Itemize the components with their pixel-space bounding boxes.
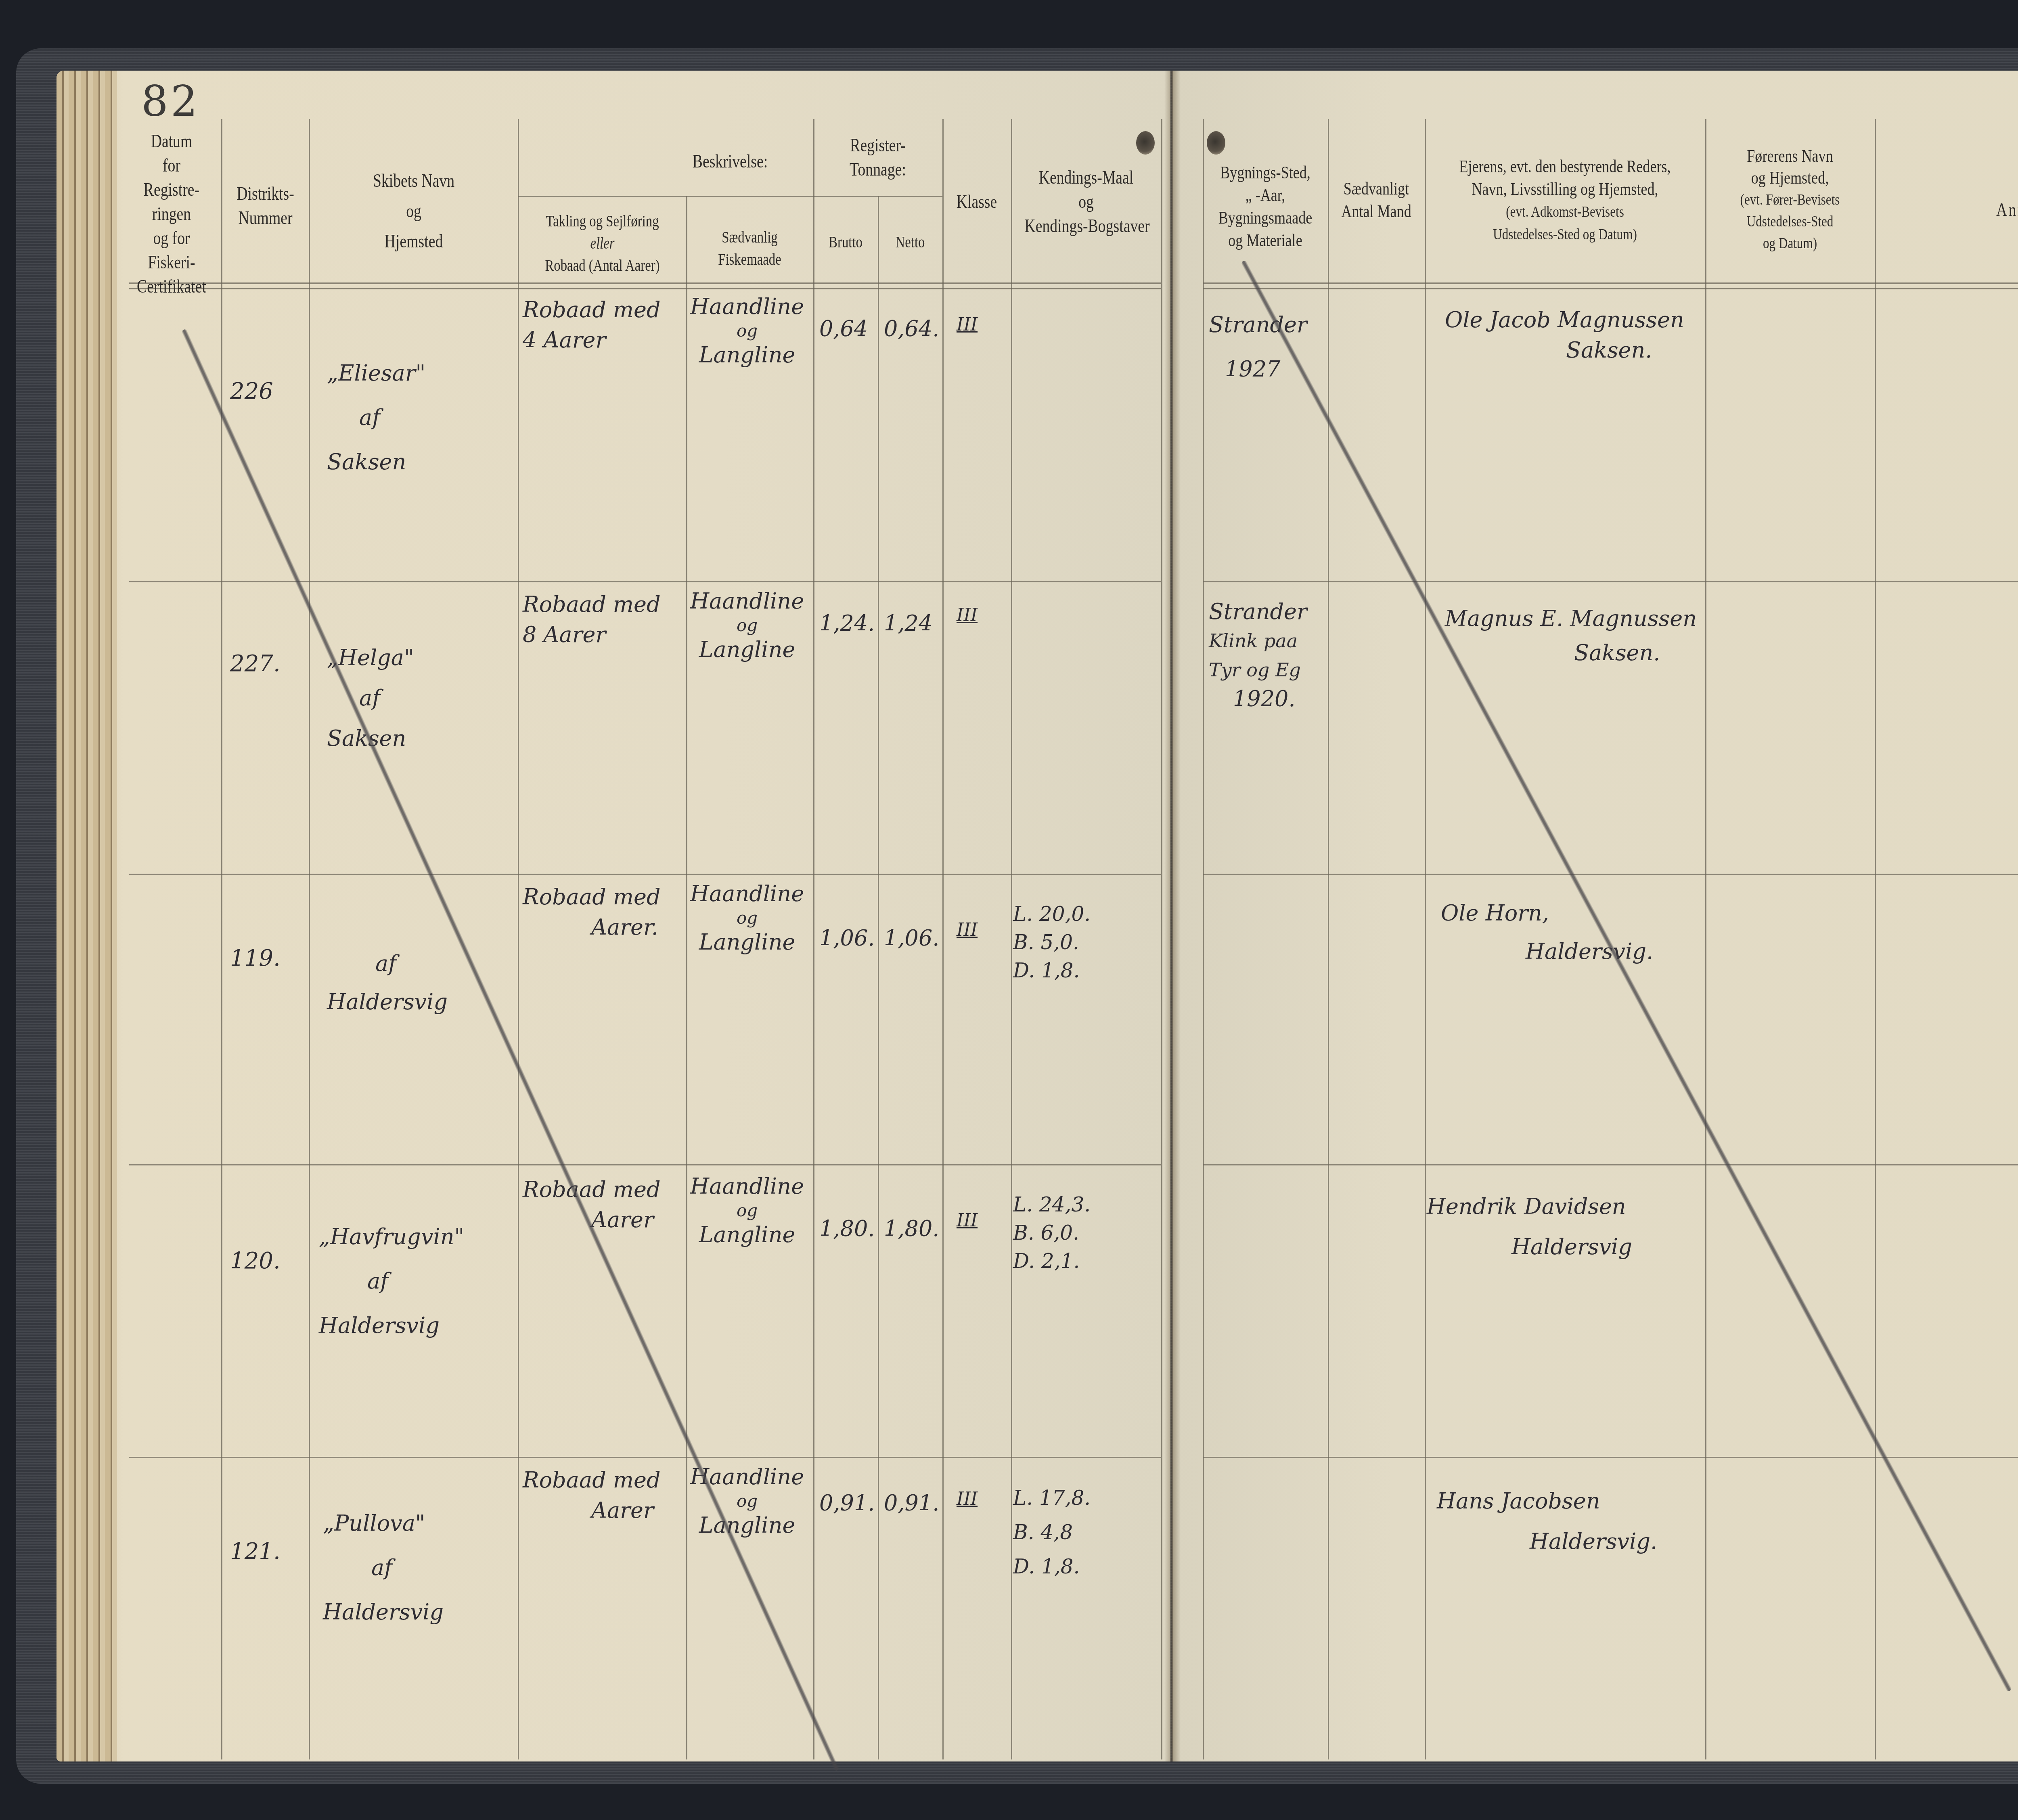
- book-gutter: [1164, 71, 1181, 1761]
- row5-kendings: L. 17,8. B. 4,8 D. 1,8.: [1013, 1481, 1091, 1584]
- page-number-left: 82: [141, 77, 200, 126]
- row5-takling: Robaad med Aarer: [523, 1465, 661, 1525]
- col-rule: [518, 119, 519, 1759]
- row1-ejer: Ole Jacob Magnussen Saksen.: [1445, 305, 1684, 365]
- col-rule: [942, 119, 944, 1759]
- row4-distrikt-nr: 120.: [230, 1247, 281, 1275]
- header-register-tonnage: Register- Tonnage:: [825, 133, 931, 182]
- row5-skib: „Pullova" af Haldersvig: [323, 1501, 444, 1634]
- row2-bygning: Strander Klink paa Tyr og Eg 1920.: [1209, 597, 1307, 713]
- header-takling: Takling og Sejlføring eller Robaad (Anta…: [534, 210, 671, 276]
- row3-brutto: 1,06.: [819, 924, 875, 952]
- row5-distrikt-nr: 121.: [230, 1538, 281, 1566]
- row2-klasse: III: [957, 601, 978, 630]
- header-bygnings: Bygnings-Sted, „ -Aar, Bygningsmaade og …: [1214, 161, 1317, 252]
- row3-netto: 1,06.: [884, 924, 939, 952]
- row3-klasse: III: [957, 916, 978, 944]
- row-rule: [129, 581, 1161, 582]
- row1-klasse: III: [957, 311, 978, 339]
- header-saedvanligt-antal-mand: Sædvanligt Antal Mand: [1337, 178, 1416, 223]
- header-double-rule: [129, 282, 1161, 289]
- row1-brutto: 0,64: [819, 315, 868, 343]
- row5-netto: 0,91.: [884, 1489, 939, 1517]
- row3-kendings: L. 20,0. B. 5,0. D. 1,8.: [1013, 900, 1091, 985]
- header-double-rule: [1203, 282, 2018, 289]
- col-rule: [878, 196, 879, 1759]
- row1-distrikt-nr: 226: [230, 377, 273, 406]
- row1-fiskemaade: Haandline og Langline: [690, 295, 804, 367]
- col-rule: [221, 119, 222, 1759]
- row3-skib: af Haldersvig: [327, 944, 448, 1021]
- header-datum: Datum for Registre- ringen og for Fisker…: [130, 129, 213, 299]
- row-rule: [1203, 874, 2018, 875]
- col-rule: [1328, 119, 1329, 1759]
- row5-fiskemaade: Haandline og Langline: [690, 1465, 804, 1538]
- row2-ejer: Magnus E. Magnussen Saksen.: [1445, 601, 1697, 670]
- header-ejerens: Ejerens, evt. den bestyrende Reders, Nav…: [1450, 155, 1680, 246]
- row4-ejer: Hendrik Davidsen Haldersvig: [1427, 1186, 1632, 1267]
- row4-kendings: L. 24,3. B. 6,0. D. 2,1.: [1013, 1190, 1091, 1275]
- row2-takling: Robaad med 8 Aarer: [523, 589, 661, 650]
- row-rule: [1203, 1164, 2018, 1165]
- row1-netto: 0,64.: [884, 315, 939, 343]
- row4-netto: 1,80.: [884, 1215, 939, 1243]
- header-saedvanlig-fiskemaade: Sædvanlig Fiskemaade: [697, 226, 802, 270]
- header-netto: Netto: [883, 230, 936, 254]
- col-rule: [1425, 119, 1426, 1759]
- header-skibets-navn: Skibets Navn og Hjemsted: [329, 165, 498, 256]
- row3-fiskemaade: Haandline og Langline: [690, 882, 804, 954]
- col-rule: [1875, 119, 1876, 1759]
- row4-brutto: 1,80.: [819, 1215, 875, 1243]
- row3-distrikt-nr: 119.: [230, 944, 281, 973]
- row4-skib: „Havfrugvin" af Haldersvig: [319, 1215, 464, 1348]
- row5-brutto: 0,91.: [819, 1489, 875, 1517]
- row-rule: [129, 874, 1161, 875]
- header-forerens: Førerens Navn og Hjemsted, (evt. Fører-B…: [1721, 145, 1859, 254]
- row-rule: [1203, 581, 2018, 582]
- row-rule: [129, 1457, 1161, 1458]
- header-anmaerkninger: Anmærkninger: [1906, 198, 2018, 222]
- binding-hole-left: [1136, 131, 1155, 155]
- col-rule: [813, 119, 814, 1759]
- header-distrikts-nummer: Distrikts- Nummer: [230, 182, 301, 230]
- header-klasse: Klasse: [948, 190, 1005, 214]
- binding-hole-right: [1207, 131, 1225, 155]
- col-rule: [1705, 119, 1706, 1759]
- row2-fiskemaade: Haandline og Langline: [690, 589, 804, 662]
- row2-brutto: 1,24.: [819, 609, 875, 638]
- col-rule: [1203, 119, 1204, 1759]
- row2-distrikt-nr: 227.: [230, 650, 281, 678]
- row-rule: [129, 1164, 1161, 1165]
- row1-skib: „Eliesar" af Saksen: [327, 351, 425, 484]
- col-rule: [309, 119, 310, 1759]
- row3-takling: Robaad med Aarer.: [523, 882, 661, 942]
- row-rule: [1203, 1457, 2018, 1458]
- header-brutto: Brutto: [819, 230, 872, 254]
- row3-ejer: Ole Horn, Haldersvig.: [1441, 894, 1653, 971]
- row2-netto: 1,24: [884, 609, 932, 638]
- header-kendings: Kendings-Maal og Kendings-Bogstaver: [1024, 165, 1147, 238]
- col-rule: [1011, 119, 1012, 1759]
- row5-klasse: III: [957, 1485, 978, 1513]
- col-rule: [686, 196, 687, 1759]
- row4-fiskemaade: Haandline og Langline: [690, 1174, 804, 1247]
- col-rule: [1161, 119, 1162, 1759]
- row5-ejer: Hans Jacobsen Haldersvig.: [1437, 1481, 1657, 1562]
- row1-takling: Robaad med 4 Aarer: [523, 295, 661, 355]
- subheader-rule: [518, 196, 942, 197]
- row4-klasse: III: [957, 1207, 978, 1235]
- left-page-edges: [57, 71, 117, 1761]
